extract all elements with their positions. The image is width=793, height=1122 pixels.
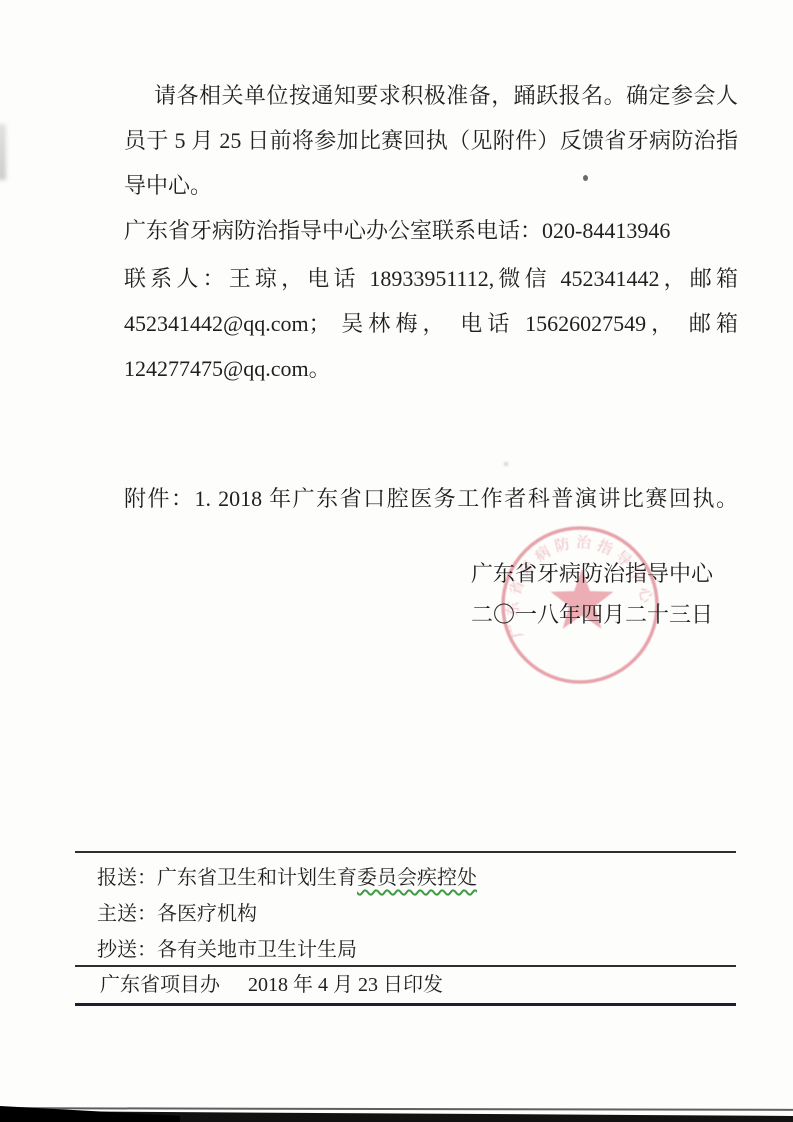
- footer-row-value: 各有关地市卫生计生局: [157, 939, 357, 961]
- footer-row-label: 抄送：: [97, 939, 157, 961]
- document-body: 请各相关单位按通知要求积极准备，踊跃报名。确定参会人 员于 5 月 25 日前将…: [124, 73, 738, 391]
- contact-line: 124277475@qq.com。: [124, 346, 738, 391]
- attachment-note: 附件：1. 2018 年广东省口腔医务工作者科普演讲比赛回执。: [124, 476, 738, 521]
- paragraph-1: 请各相关单位按通知要求积极准备，踊跃报名。确定参会人 员于 5 月 25 日前将…: [124, 73, 738, 208]
- signature-block: 广东省牙病防治指导中心 二〇一八年四月二十三日: [471, 553, 713, 635]
- imprint-row: 广东省项目办2018 年 4 月 23 日印发: [100, 967, 720, 1003]
- imprint-org: 广东省项目办: [100, 974, 220, 996]
- scan-edge-line-artifact: [0, 1107, 793, 1111]
- contact-line: 452341442@qq.com； 吴林梅， 电话 15626027549， 邮…: [124, 301, 738, 346]
- footer-row-value: 各医疗机构: [157, 903, 257, 925]
- scan-speck-artifact: [583, 175, 588, 181]
- footer-row-baosong: 报送：广东省卫生和计划生育委员会疾控处: [97, 860, 717, 896]
- footer-row-label: 主送：: [97, 903, 157, 925]
- office-phone-line: 广东省牙病防治指导中心办公室联系电话：020-84413946: [124, 208, 738, 253]
- paragraph-line: 员于 5 月 25 日前将参加比赛回执（见附件）反馈省牙病防治指: [124, 118, 738, 163]
- paragraph-line: 请各相关单位按通知要求积极准备，踊跃报名。确定参会人: [124, 73, 738, 118]
- footer-distribution-table: 报送：广东省卫生和计划生育委员会疾控处 主送：各医疗机构 抄送：各有关地市卫生计…: [97, 853, 717, 968]
- imprint-date: 2018 年 4 月 23 日印发: [248, 974, 443, 996]
- contact-line: 联系人：王琼，电话 18933951112,微信 452341442，邮箱: [124, 256, 738, 301]
- paragraph-contacts: 联系人：王琼，电话 18933951112,微信 452341442，邮箱 45…: [124, 256, 738, 391]
- footer-row-chaosong: 抄送：各有关地市卫生计生局: [97, 932, 717, 968]
- attachment-line: 附件：1. 2018 年广东省口腔医务工作者科普演讲比赛回执。: [124, 476, 738, 521]
- scan-smudge-artifact: [0, 124, 6, 180]
- footer-row-zhusong: 主送：各医疗机构: [97, 896, 717, 932]
- footer-row-value: 广东省卫生和计划生育: [157, 867, 357, 889]
- scan-speck-artifact: [504, 462, 508, 466]
- signature-org: 广东省牙病防治指导中心: [471, 553, 713, 594]
- signature-date: 二〇一八年四月二十三日: [471, 594, 713, 635]
- paragraph-office-phone: 广东省牙病防治指导中心办公室联系电话：020-84413946: [124, 208, 738, 253]
- footer-row-label: 报送：: [97, 867, 157, 889]
- footer-row-value-underlined: 委员会疾控处: [357, 867, 477, 889]
- paragraph-line: 导中心。: [124, 163, 738, 208]
- scanned-document-page: 请各相关单位按通知要求积极准备，踊跃报名。确定参会人 员于 5 月 25 日前将…: [0, 0, 793, 1122]
- footer-rule-bottom: [75, 1003, 736, 1006]
